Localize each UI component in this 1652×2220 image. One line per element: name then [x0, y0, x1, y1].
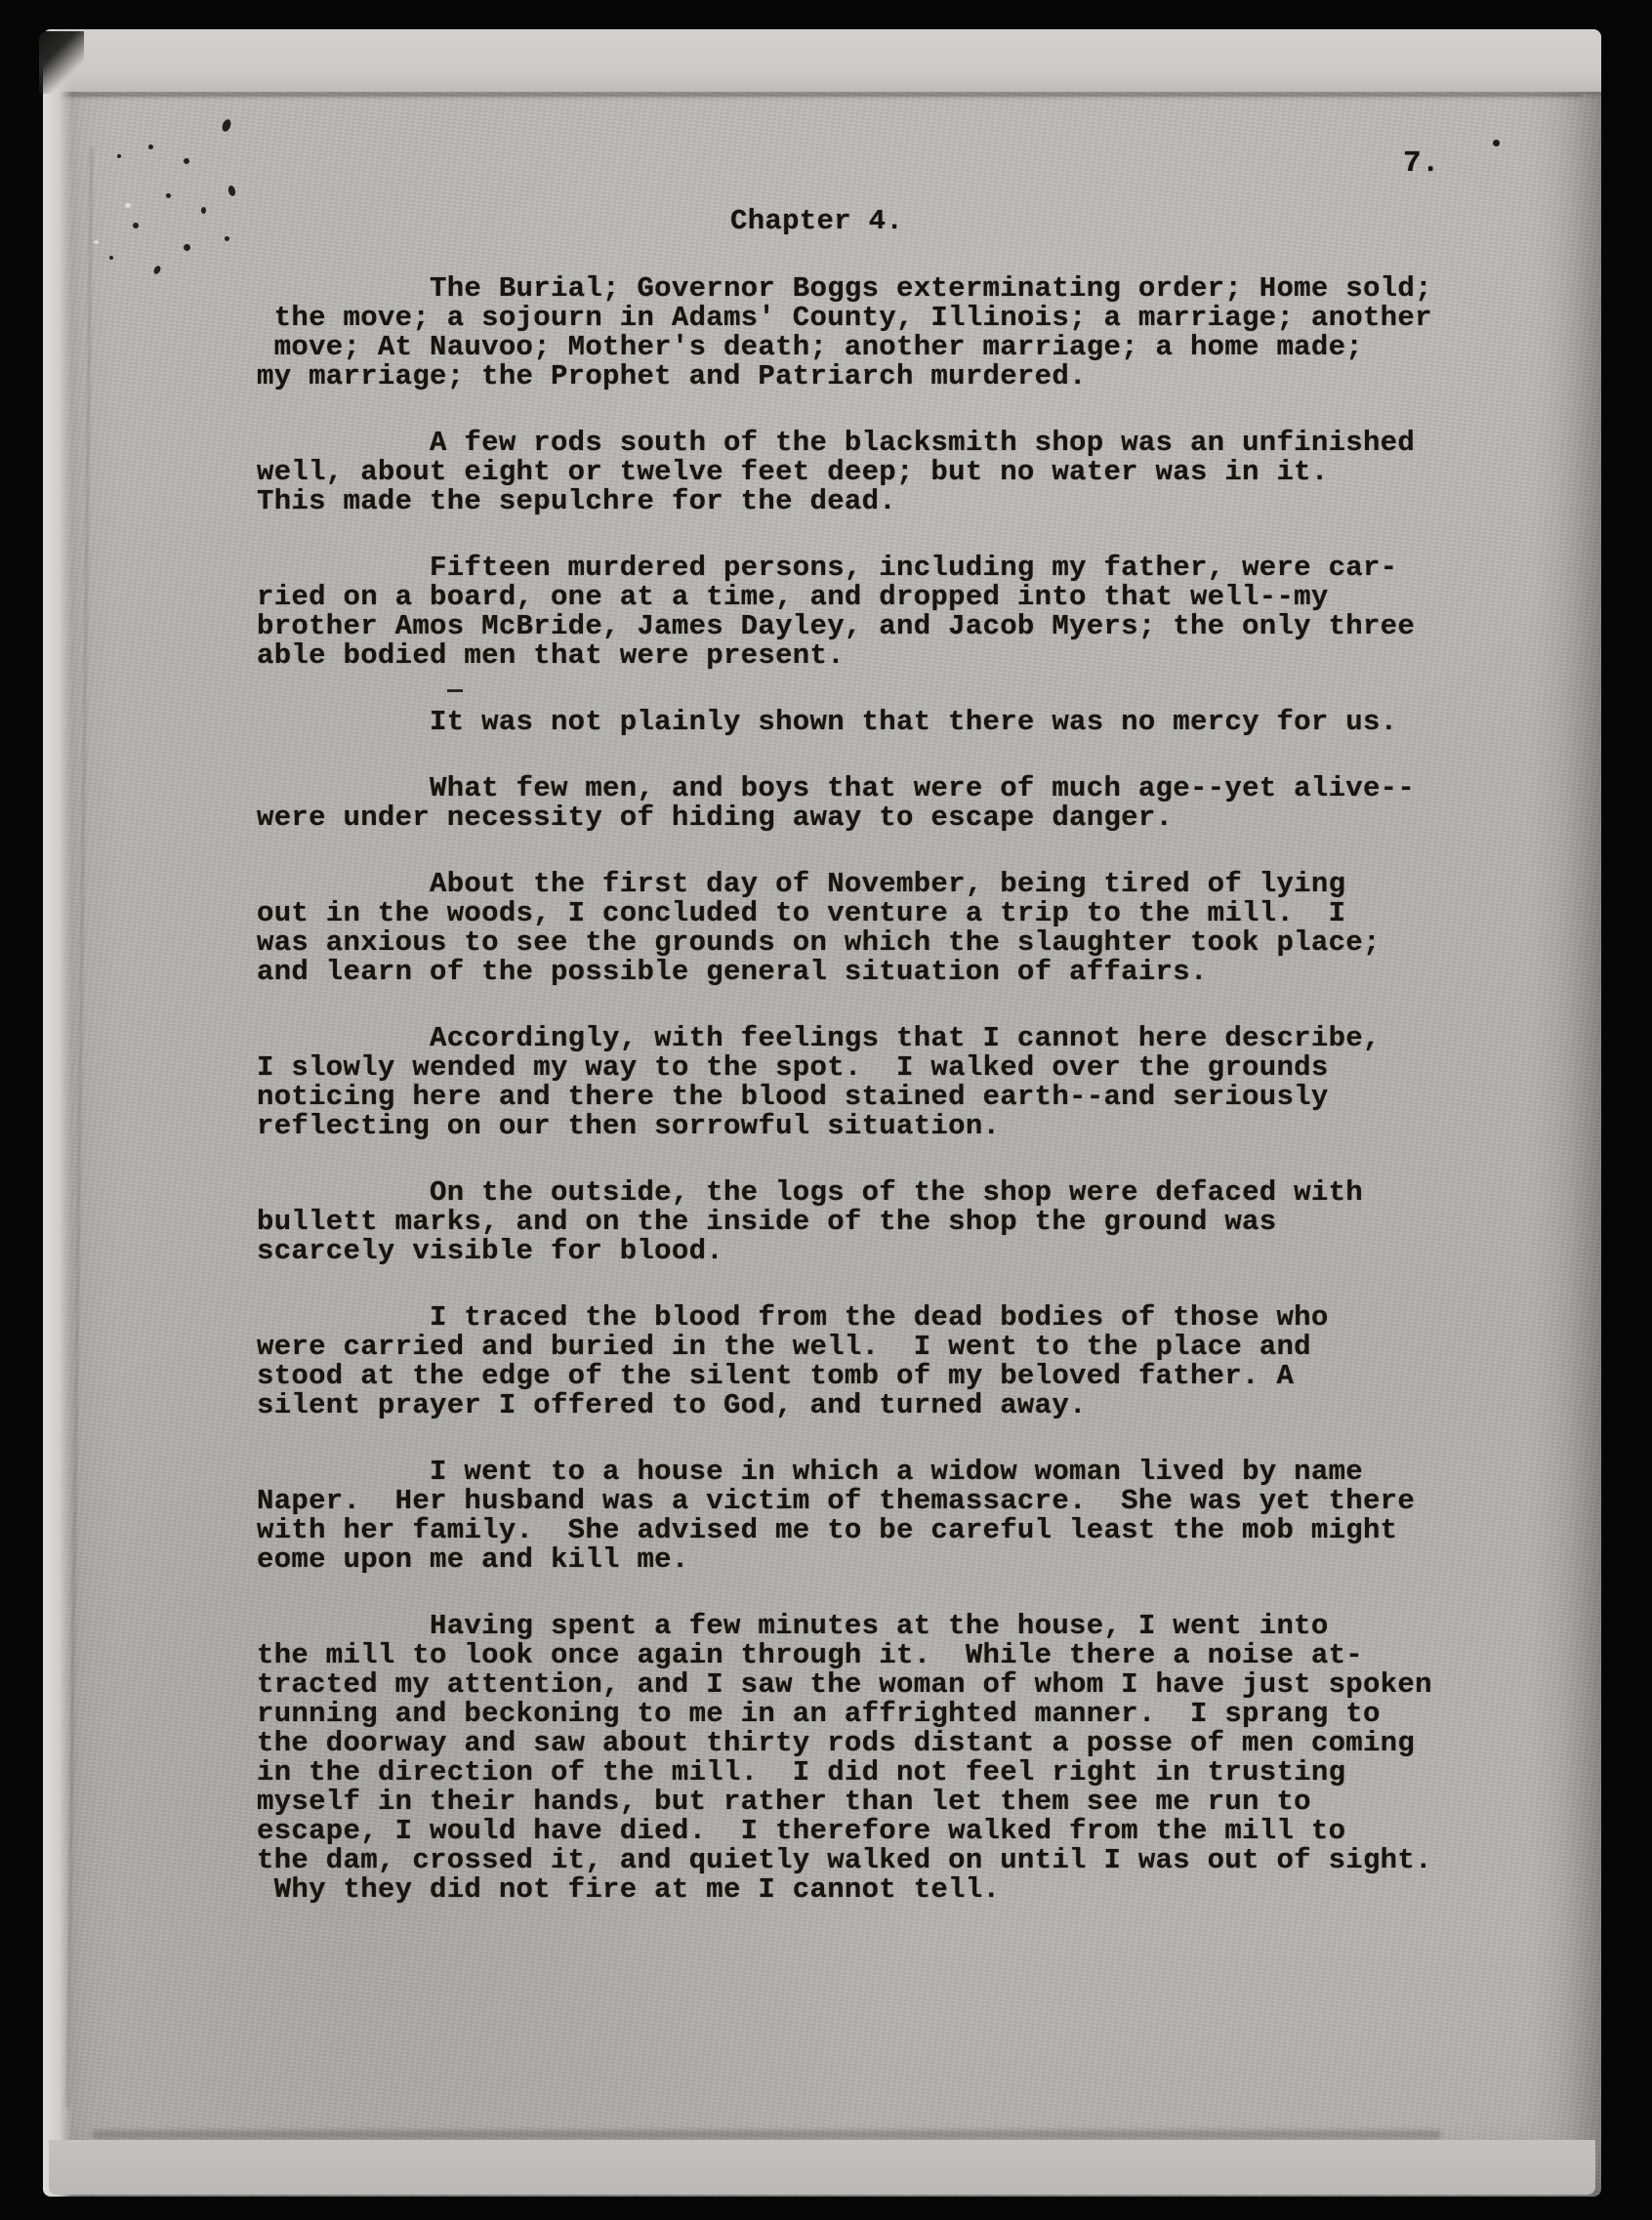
ink-speckle	[201, 207, 206, 214]
chapter-heading: Chapter 4.	[730, 205, 903, 237]
top-fold-crease	[59, 94, 1582, 97]
paragraph-summary: The Burial; Governor Boggs exterminating…	[257, 274, 1536, 391]
ink-speckle	[184, 244, 190, 251]
ink-speckle	[148, 144, 153, 149]
ink-speckle	[117, 154, 121, 158]
ink-speckle	[133, 223, 139, 228]
ink-speckle	[109, 256, 113, 260]
paragraph-silent-tomb: I traced the blood from the dead bodies …	[257, 1303, 1536, 1420]
stray-ink-dot	[1493, 140, 1500, 146]
paragraph-walked-grounds: Accordingly, with feelings that I cannot…	[257, 1024, 1536, 1141]
ink-speckle	[184, 158, 189, 164]
ink-speckle	[225, 236, 229, 241]
paragraph-well: A few rods south of the blacksmith shop …	[257, 429, 1536, 516]
paragraph-burial: Fifteen murdered persons, including my f…	[257, 554, 1536, 671]
paragraph-trip-to-mill: About the first day of November, being t…	[257, 870, 1536, 987]
typed-body: The Burial; Governor Boggs exterminating…	[257, 274, 1536, 1942]
paragraph-shop-logs: On the outside, the logs of the shop wer…	[257, 1178, 1536, 1266]
torn-corner	[39, 31, 84, 94]
page-top-edge-fold	[43, 29, 1601, 92]
page-number: 7.	[1403, 146, 1440, 181]
paper-speck	[94, 240, 99, 244]
page-left-edge	[43, 29, 72, 2197]
paragraph-escape: Having spent a few minutes at the house,…	[257, 1612, 1536, 1905]
paper-speck	[125, 203, 131, 208]
paragraph-widow-naper: I went to a house in which a widow woman…	[257, 1458, 1536, 1575]
paragraph-hiding: What few men, and boys that were of much…	[257, 774, 1536, 833]
ink-speckle	[166, 193, 171, 198]
page-bottom-edge-shadow	[93, 2130, 1440, 2139]
scan-background: 7. Chapter 4. The Burial; Governor Boggs…	[0, 0, 1652, 2220]
page-bottom-edge	[49, 2140, 1595, 2195]
paragraph-no-mercy: It was not plainly shown that there was …	[257, 708, 1536, 737]
